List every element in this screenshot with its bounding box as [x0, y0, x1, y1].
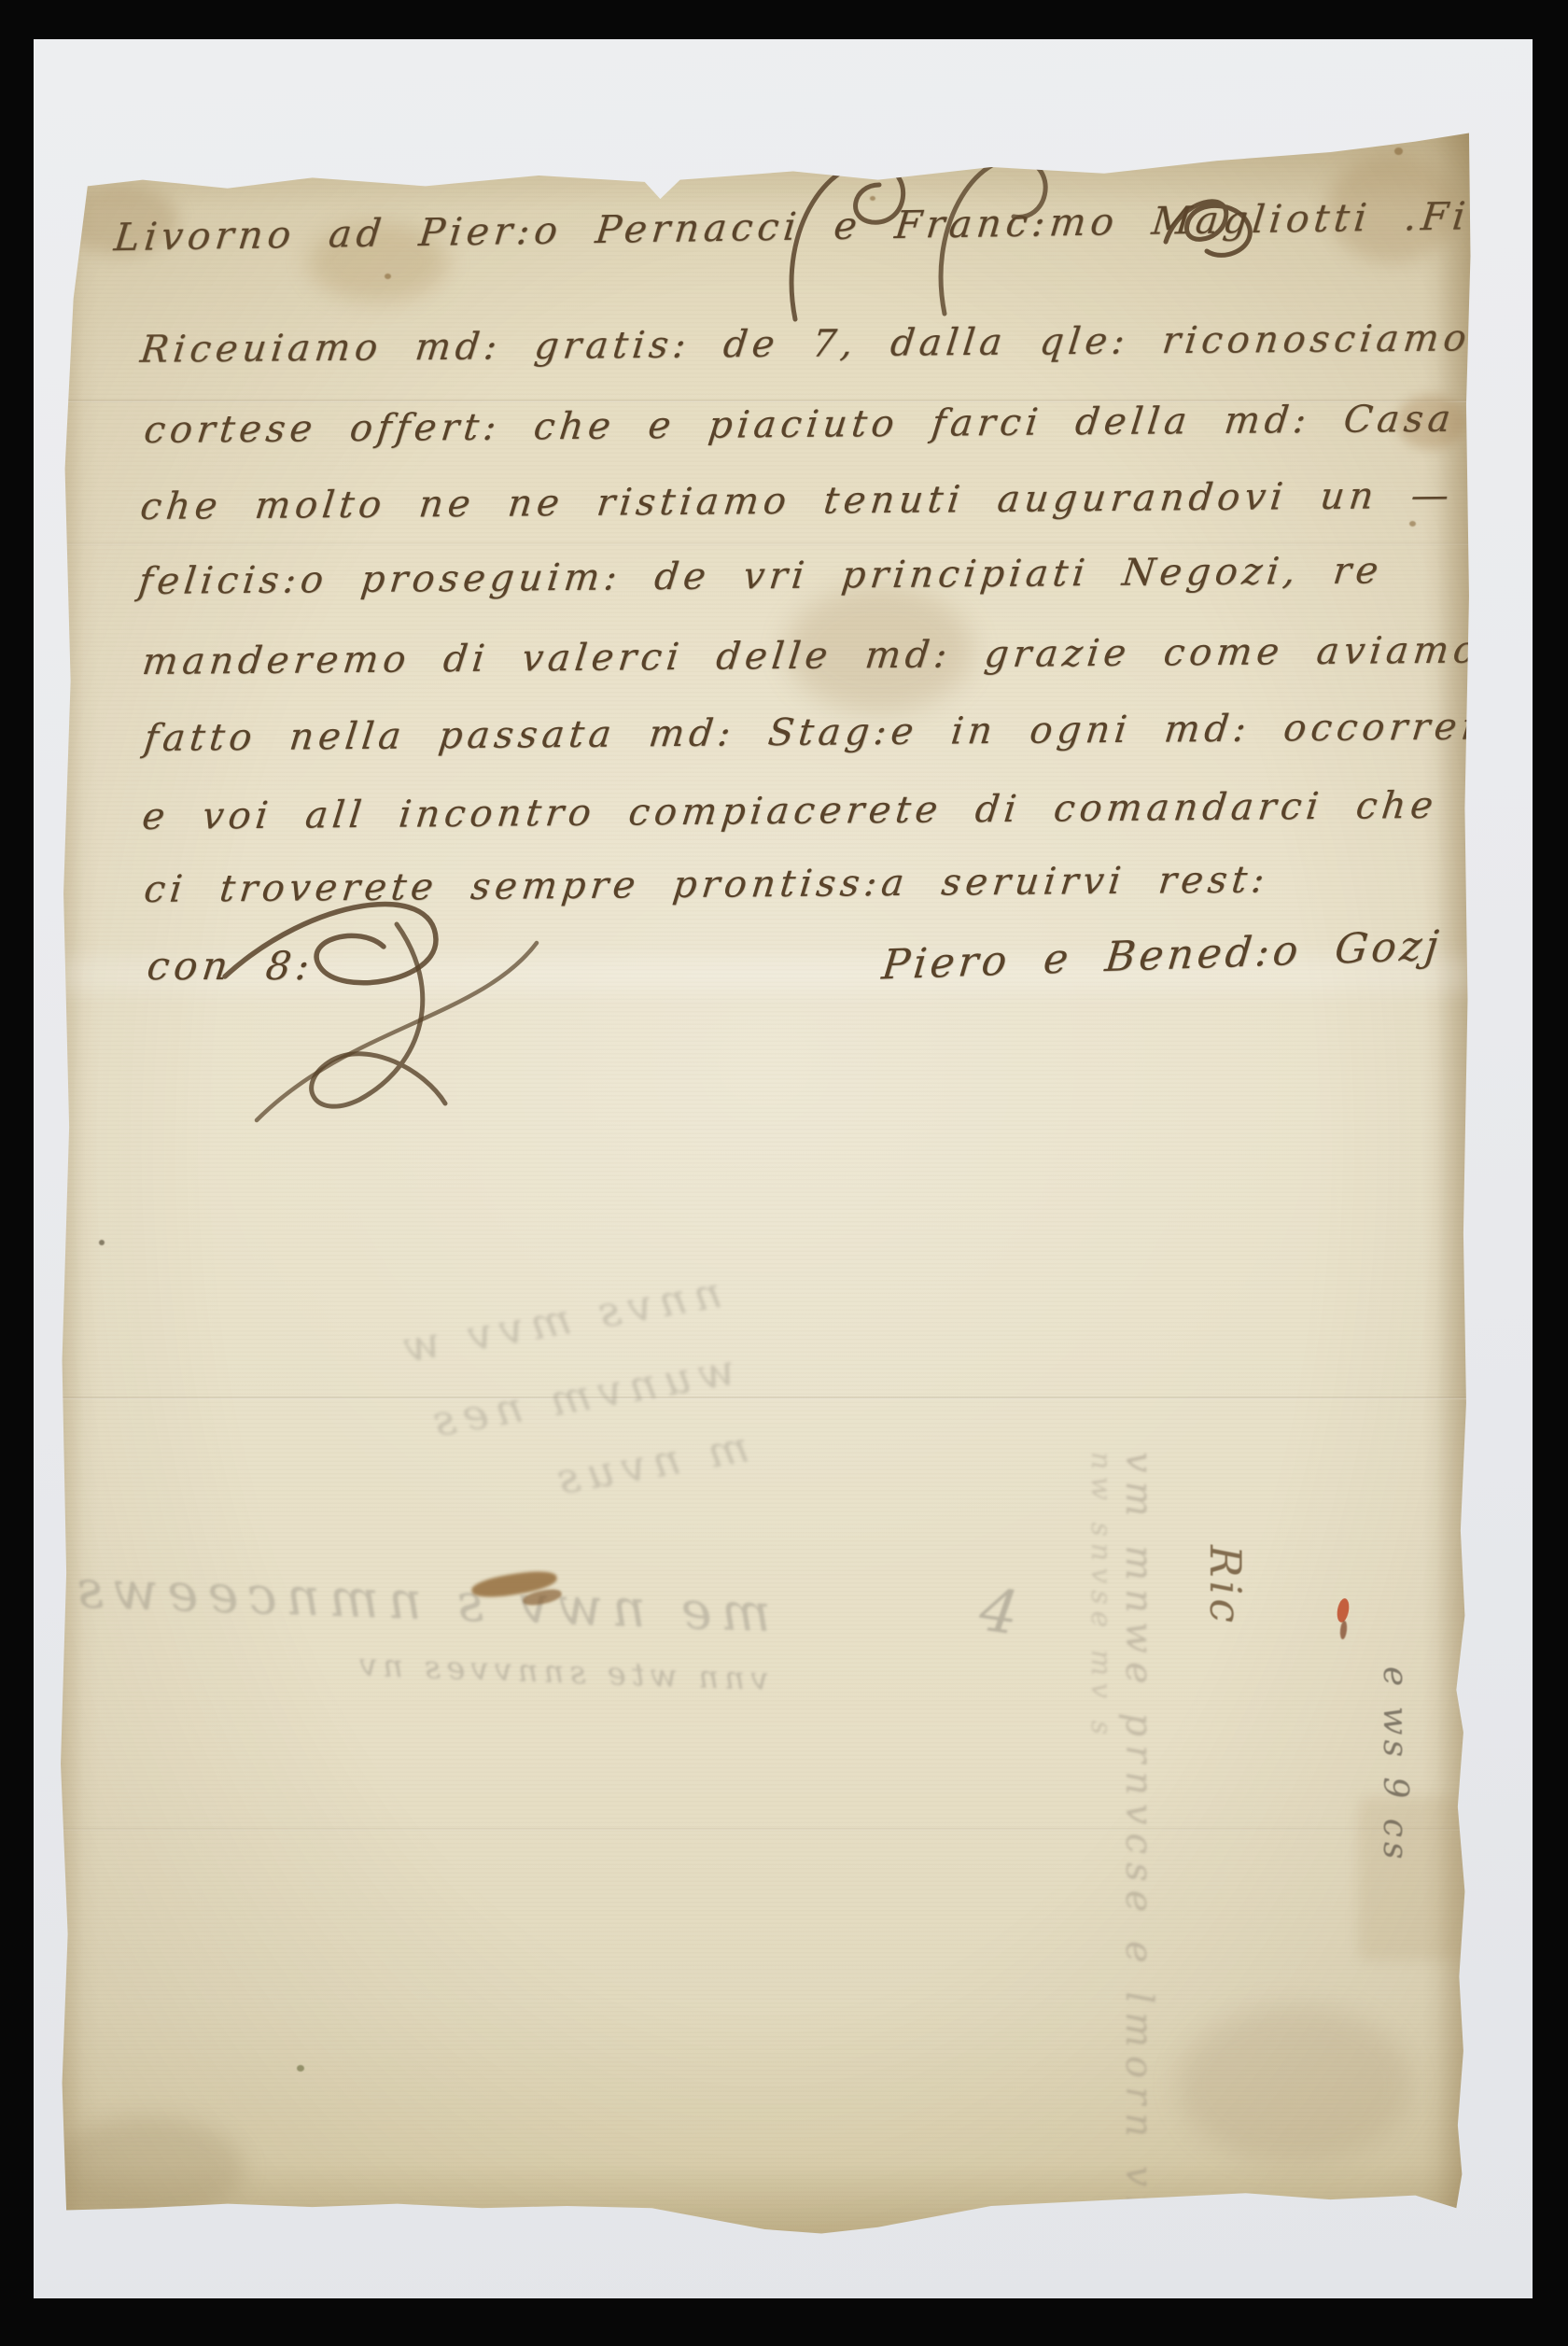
letter-paper: nnvs mvv w wunvm nes m nvus me nwv s nmn… — [58, 129, 1472, 2253]
scanned-letter-page: nnvs mvv w wunvm nes m nvus me nwv s nmn… — [0, 0, 1568, 2346]
heading-recipient: Livorno ad Pier:o Pernacci e Franc:mo Ma… — [112, 194, 1423, 260]
ink-smudge — [470, 1567, 558, 1601]
ink-smudge — [522, 1587, 563, 1608]
showthrough-mark: me nwv s nmnceews revs Gy vnn wte snnvve… — [171, 1563, 772, 1698]
showthrough-scribble: nw snvse mv s — [1085, 1452, 1117, 2189]
letter-line-1: Riceuiamo md: gratis: de 7, dalla qle: r… — [138, 316, 1550, 372]
fold-crease — [58, 542, 1472, 545]
signature-paraph — [201, 887, 602, 1139]
showthrough-scribble: vnn wte snnvves nv — [171, 1640, 769, 1698]
foxing-speck — [870, 196, 875, 201]
showthrough-note: Ric — [1200, 1545, 1251, 1666]
showthrough-mark: e ws 9 cs — [1349, 1666, 1414, 1806]
showthrough-numeral: 4 — [975, 1576, 1023, 1650]
letter-line-5: manderemo di valerci delle md: grazie co… — [140, 629, 1483, 683]
letter-line-3: che molto ne ne ristiamo tenuti augurand… — [138, 474, 1456, 528]
showthrough-scribble: wunvm nes — [360, 1330, 742, 1472]
wax-fleck — [1336, 1597, 1351, 1623]
stain — [1178, 2005, 1411, 2164]
foxing-speck — [1394, 148, 1403, 155]
showthrough-scribble: m nvus — [373, 1408, 755, 1550]
stain — [1327, 155, 1458, 262]
showthrough-scribble: vm mnwe prnvcse e lmorn vn nnv — [1117, 1452, 1160, 2189]
foxing-speck — [1409, 521, 1416, 527]
foxing-speck — [297, 2065, 304, 2072]
foxing-speck — [385, 274, 391, 279]
stain — [786, 586, 973, 712]
fold-crease — [58, 1397, 1472, 1399]
light-band — [58, 958, 1472, 991]
letter-heading: Livorno ad Pier:o Pernacci e Franc:mo Ma… — [112, 193, 1468, 260]
letter-line-8: ci troverete sempre prontiss:a seruirvi … — [142, 858, 1271, 911]
fold-crease — [58, 1828, 1472, 1831]
letter-closing: con 8: — [145, 943, 316, 989]
stain — [1396, 395, 1465, 449]
fold-crease — [58, 400, 1472, 402]
showthrough-mark: Ric — [1195, 1545, 1251, 1666]
wax-fleck — [1339, 1621, 1348, 1640]
foxing-speck — [99, 1240, 105, 1245]
showthrough-mark: vm mnwe prnvcse e lmorn vn nnv nw snvse … — [1078, 1452, 1160, 2189]
letter-line-6: fatto nella passata md: Stag:e in ogni m… — [142, 705, 1544, 760]
letter-line-4: felicis:o proseguim: de vri principiati … — [136, 549, 1385, 603]
signature: Piero e Bened:o Gozj — [879, 921, 1444, 989]
showthrough-scribble: nnvs mvv w — [346, 1253, 728, 1395]
showthrough-mark: nnvs mvv w wunvm nes m nvus — [346, 1253, 755, 1550]
letter-line-7: e voi all incontro compiacerete di coman… — [140, 784, 1440, 838]
stain — [308, 222, 448, 302]
ink-flourish — [1153, 182, 1274, 275]
showthrough-scribble: me nwv s nmnceews revs Gy — [173, 1563, 772, 1644]
letter-line-2: cortese offert: che e piaciuto farci del… — [142, 398, 1457, 452]
showthrough-note: e ws 9 cs — [1376, 1666, 1414, 1806]
stain — [1358, 1797, 1463, 1960]
